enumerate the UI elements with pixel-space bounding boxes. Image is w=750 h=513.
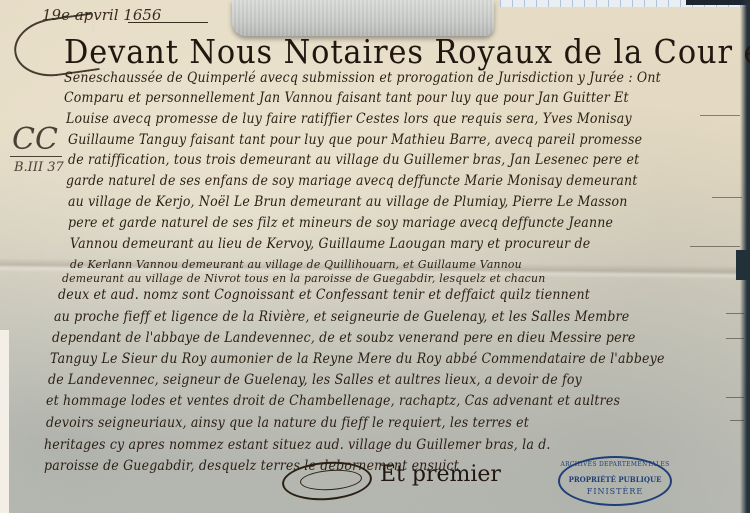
text-line: devoirs seigneuriaux, ainsy que la natur… [46, 415, 529, 431]
text-line: au village de Kerjo, Noël Le Brun demeur… [68, 194, 627, 210]
paper-edge [0, 330, 9, 513]
line-fill-dash [726, 313, 744, 314]
margin-note-top: CC [12, 122, 58, 157]
text-line: garde naturel de ses enfans de soy maria… [66, 173, 638, 189]
archive-stamp: ARCHIVES DEPARTEMENTALES PROPRIÉTÉ PUBLI… [558, 456, 672, 506]
text-line: et hommage lodes et ventes droit de Cham… [46, 393, 620, 409]
text-line: Seneschaussée de Quimperlé avecq submiss… [64, 70, 661, 86]
line-fill-dash [726, 397, 744, 398]
text-line: heritages cy apres nommez estant situez … [44, 437, 551, 453]
line-fill-dash [730, 420, 744, 421]
text-line: Vannou demeurant au lieu de Kervoy, Guil… [70, 236, 590, 252]
margin-note-bottom: B.III 37 [14, 160, 64, 175]
text-line: Tanguy Le Sieur du Roy aumonier de la Re… [50, 351, 665, 367]
text-line: demeurant au village de Nivrot tous en l… [62, 272, 545, 285]
margin-rule [10, 156, 62, 157]
cloth-weight [232, 0, 494, 36]
stamp-line-1: ARCHIVES DEPARTEMENTALES [560, 461, 670, 468]
paper-notch [736, 250, 750, 280]
text-line: de ratiffication, tous trois demeurant a… [68, 152, 639, 168]
text-line: Guillaume Tanguy faisant tant pour luy q… [68, 132, 642, 148]
section-heading: Et premier [380, 462, 501, 487]
line-fill-dash [712, 197, 742, 198]
text-line: de Landevennec, seigneur de Guelenay, le… [48, 372, 582, 388]
text-line: au proche fieff et ligence de la Rivière… [54, 309, 629, 325]
text-line: dependant de l'abbaye de Landevennec, de… [52, 330, 636, 346]
line-fill-dash [690, 246, 740, 247]
document-heading: Devant Nous Notaires Royaux de la Cour e… [64, 32, 750, 71]
text-line: deux et aud. nomz sont Cognoissant et Co… [58, 287, 590, 303]
text-line: pere et garde naturel de ses filz et min… [68, 215, 613, 231]
date-underline [128, 22, 208, 23]
line-fill-dash [726, 338, 744, 339]
text-line: de Kerlann Vannou demeurant au village d… [70, 258, 522, 271]
document-photo: 19e apvril 1656 Devant Nous Notaires Roy… [0, 0, 750, 513]
stamp-line-2: PROPRIÉTÉ PUBLIQUE [560, 475, 670, 484]
text-line: Comparu et personnellement Jan Vannou fa… [64, 90, 629, 106]
line-fill-dash [700, 115, 740, 116]
stamp-line-3: FINISTÈRE [560, 487, 670, 496]
text-line: Louise avecq promesse de luy faire ratif… [66, 111, 632, 127]
